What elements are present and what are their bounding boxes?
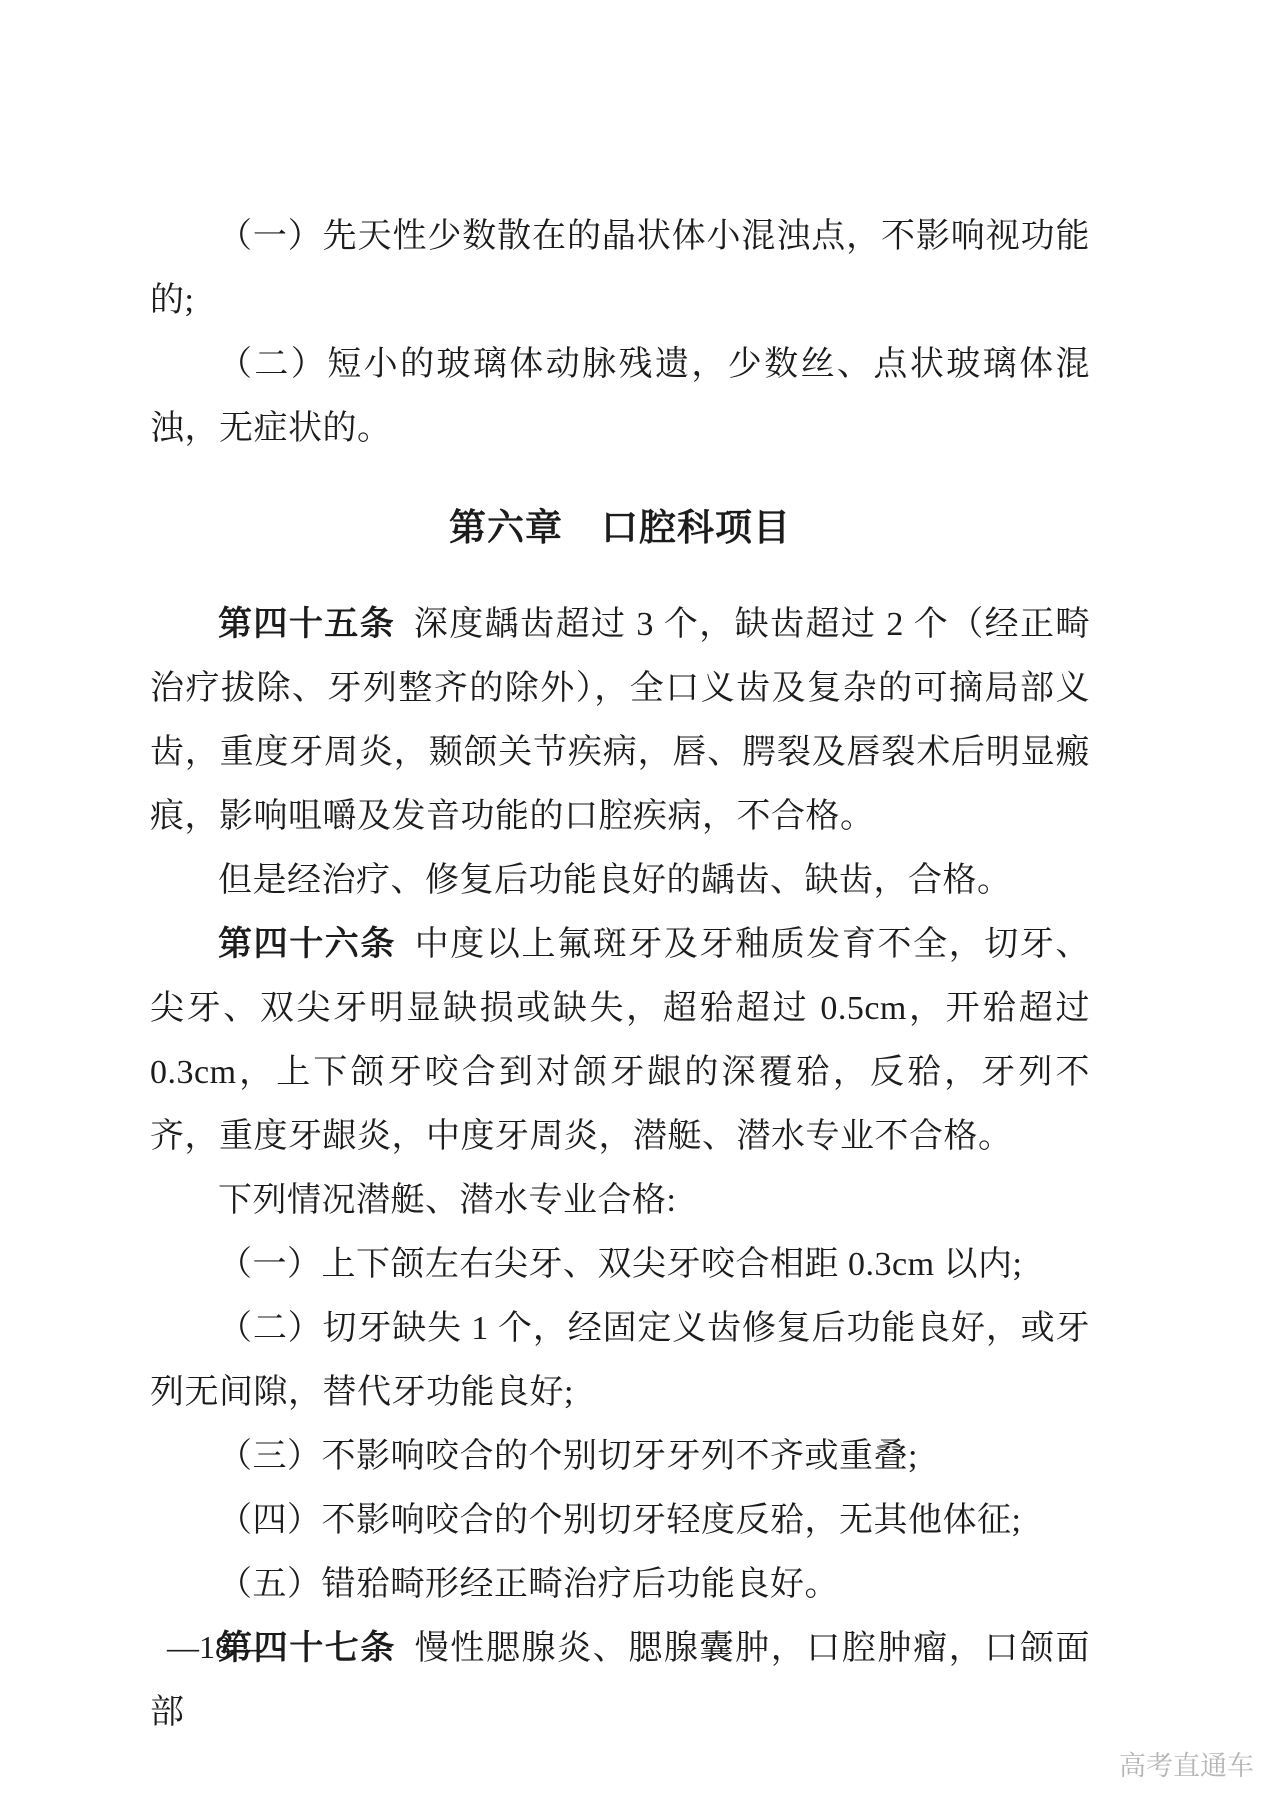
article-paragraph: 第四十六条中度以上氟斑牙及牙釉质发育不全，切牙、尖牙、双尖牙明显缺损或缺失，超𬌗… [150, 913, 1090, 1169]
clause-item: （一）先天性少数散在的晶状体小混浊点，不影响视功能的; [150, 205, 1090, 333]
body-paragraph: 但是经治疗、修复后功能良好的龋齿、缺齿，合格。 [150, 849, 1090, 913]
body-paragraph: 下列情况潜艇、潜水专业合格: [150, 1169, 1090, 1233]
document-page: { "page": { "number_label": "—18—", "wat… [0, 0, 1280, 1810]
clause-item: （五）错𬌗畸形经正畸治疗后功能良好。 [150, 1553, 1090, 1617]
clause-item: （三）不影响咬合的个别切牙牙列不齐或重叠; [150, 1425, 1090, 1489]
clause-item: （一）上下颌左右尖牙、双尖牙咬合相距 0.3cm 以内; [150, 1233, 1090, 1297]
clause-item: （四）不影响咬合的个别切牙轻度反𬌗，无其他体征; [150, 1489, 1090, 1553]
article-paragraph: 第四十五条深度龋齿超过 3 个，缺齿超过 2 个（经正畸治疗拔除、牙列整齐的除外… [150, 593, 1090, 849]
article-number: 第四十五条 [218, 606, 395, 643]
chapter-heading: 第六章 口腔科项目 [150, 496, 1090, 560]
clause-item: （二）切牙缺失 1 个，经固定义齿修复后功能良好，或牙列无间隙，替代牙功能良好; [150, 1297, 1090, 1425]
document-body: （一）先天性少数散在的晶状体小混浊点，不影响视功能的; （二）短小的玻璃体动脉残… [150, 205, 1090, 1745]
page-number: —18— [167, 1628, 263, 1666]
article-number: 第四十六条 [218, 926, 396, 963]
watermark: 高考直通车 [1119, 1750, 1254, 1782]
clause-item: （二）短小的玻璃体动脉残遗，少数丝、点状玻璃体混浊，无症状的。 [150, 333, 1090, 461]
article-paragraph: 第四十七条慢性腮腺炎、腮腺囊肿，口腔肿瘤，口颌面部 [150, 1617, 1090, 1745]
